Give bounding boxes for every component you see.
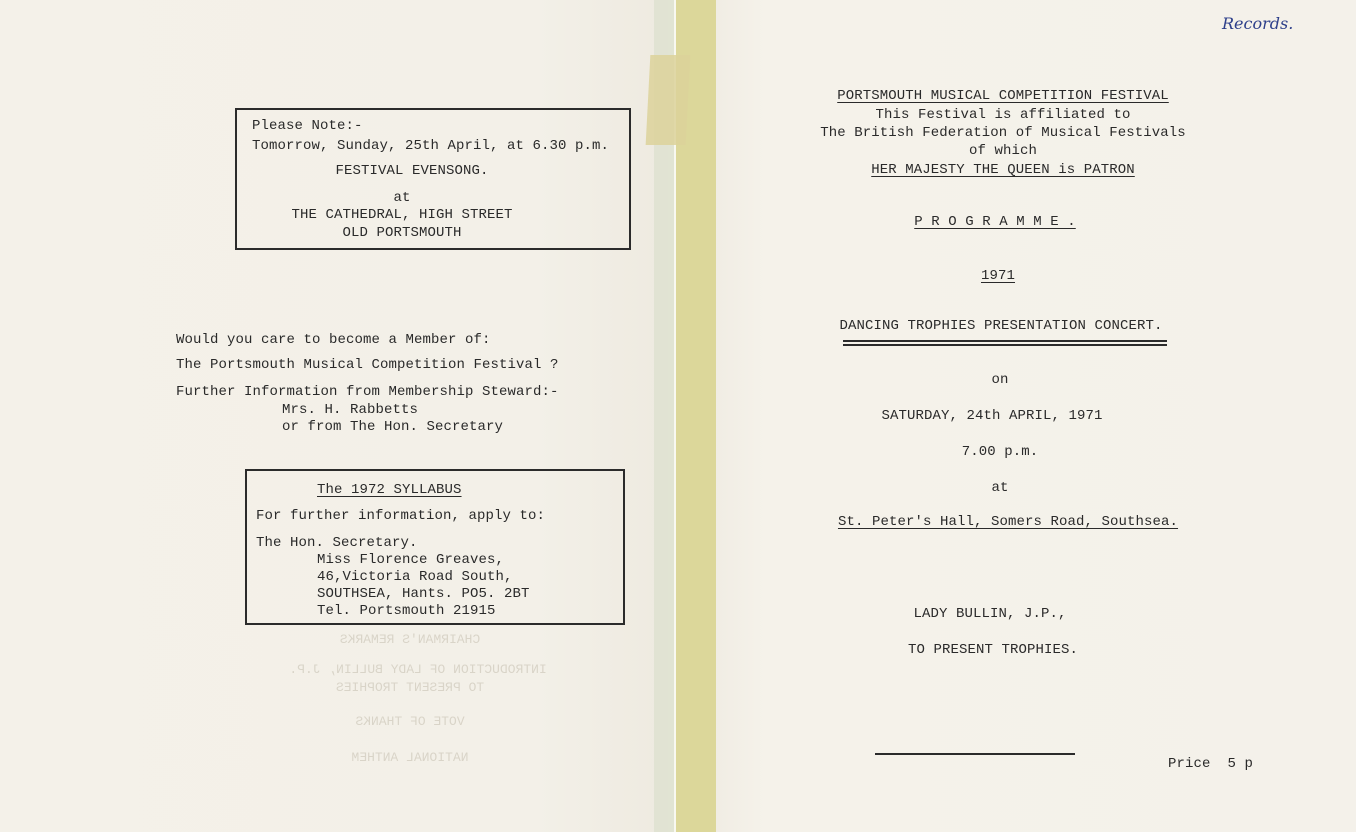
membership-line1: Would you care to become a Member of: <box>176 332 491 349</box>
syllabus-address1: 46,Victoria Road South, <box>317 569 513 586</box>
presenter-role: TO PRESENT TROPHIES. <box>908 642 1078 659</box>
concert-venue: St. Peter's Hall, Somers Road, Southsea. <box>838 514 1178 531</box>
concert-title: DANCING TROPHIES PRESENTATION CONCERT. <box>839 318 1162 335</box>
membership-line2: The Portsmouth Musical Competition Festi… <box>176 357 559 374</box>
syllabus-info: For further information, apply to: <box>256 508 545 525</box>
concert-date: SATURDAY, 24th APRIL, 1971 <box>881 408 1102 425</box>
federation-line: The British Federation of Musical Festiv… <box>820 125 1186 142</box>
note-event: FESTIVAL EVENSONG. <box>335 163 488 180</box>
on-label: on <box>991 372 1008 389</box>
affiliation-line: This Festival is affiliated to <box>875 107 1130 124</box>
membership-steward: Mrs. H. Rabbetts <box>282 402 418 419</box>
note-heading: Please Note:- <box>252 118 363 135</box>
presenter-name: LADY BULLIN, J.P., <box>913 606 1066 623</box>
patron-line: HER MAJESTY THE QUEEN is PATRON <box>871 162 1135 179</box>
bleed-through-text: NATIONAL ANTHEM <box>351 750 468 765</box>
note-at: at <box>393 190 410 207</box>
membership-secretary: or from The Hon. Secretary <box>282 419 503 436</box>
signature-rule <box>875 753 1075 755</box>
note-venue-line2: OLD PORTSMOUTH <box>342 225 461 242</box>
at-label: at <box>991 480 1008 497</box>
handwritten-annotation: Records. <box>1222 14 1293 33</box>
syllabus-secretary: The Hon. Secretary. <box>256 535 418 552</box>
syllabus-name: Miss Florence Greaves, <box>317 552 504 569</box>
syllabus-tel: Tel. Portsmouth 21915 <box>317 603 496 620</box>
bleed-through-text: INTRODUCTION OF LADY BULLIN, J.P. <box>289 662 546 677</box>
programme-heading: P R O G R A M M E . <box>914 214 1076 231</box>
concert-time: 7.00 p.m. <box>962 444 1039 461</box>
tape-patch <box>646 55 691 145</box>
note-venue-line1: THE CATHEDRAL, HIGH STREET <box>291 207 512 224</box>
programme-year: 1971 <box>981 268 1015 285</box>
festival-title: PORTSMOUTH MUSICAL COMPETITION FESTIVAL <box>837 88 1169 105</box>
bleed-through-text: TO PRESENT TROPHIES <box>336 680 484 695</box>
syllabus-address2: SOUTHSEA, Hants. PO5. 2BT <box>317 586 530 603</box>
syllabus-title: The 1972 SYLLABUS <box>317 482 462 499</box>
concert-underline <box>843 340 1167 342</box>
bleed-through-text: VOTE OF THANKS <box>355 714 464 729</box>
price-label: Price 5 p <box>1168 756 1253 773</box>
concert-underline <box>843 344 1167 346</box>
bleed-through-text: CHAIRMAN'S REMARKS <box>340 632 480 647</box>
note-date: Tomorrow, Sunday, 25th April, at 6.30 p.… <box>252 138 609 155</box>
of-which-line: of which <box>969 143 1037 160</box>
membership-line3: Further Information from Membership Stew… <box>176 384 559 401</box>
